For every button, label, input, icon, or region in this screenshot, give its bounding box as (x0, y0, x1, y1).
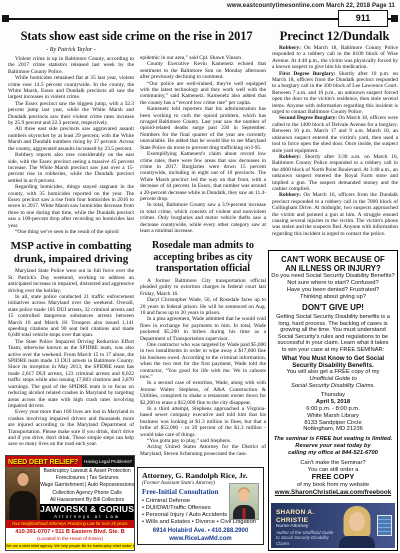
article-paragraph: Violent crime is up in Baltimore County,… (8, 56, 134, 75)
article-paragraph: In a second case of extortion, Wade, alo… (140, 380, 266, 406)
ad-line: Can't make the Seminar? (269, 460, 397, 467)
ad-body-text: Getting Social Security Disability benef… (269, 314, 397, 354)
service-line: Foreclosures | Tax Seizures (40, 475, 134, 482)
firm-name-bar: JAWORSKI & GORIUS Attorneys at Law (40, 504, 134, 520)
photo-face (349, 512, 365, 531)
ad-body: Bankruptcy Lawsuit & Asset Protection Fo… (6, 467, 134, 520)
attorney-credit: to Social Security Disability Claims (276, 535, 337, 546)
article-paragraph: One contractor who was targeted by Wade … (140, 342, 266, 380)
free-copy-offer: FREE COPY (269, 473, 397, 482)
ad-note: The seminar is FREE but seating is limit… (269, 436, 397, 443)
disability-seminar-ad: CAN'T WORK BECAUSE OF AN ILLNESS OR INJU… (268, 250, 398, 551)
article-paragraph: Daryl Christopher Wade, 50, of Rosedale … (140, 297, 266, 316)
book-title: Unofficial Guide to (269, 376, 397, 383)
seminar-date: April 5, 2018 (269, 399, 397, 406)
article-paragraph: Kamenetz told reporters that his adminis… (140, 106, 266, 151)
article-paragraph: In a third attempt, Stephens approached … (140, 406, 266, 438)
seminar-venue: White Marsh Library (269, 413, 397, 420)
service-line: Wage Garnishment | Auto Repossessions (40, 482, 134, 489)
ad-header-bar: NEED DEBT RELIEF? Having Legal Problems? (6, 456, 134, 467)
firm-tagline: Your Neighborhood Attorneys Practicing L… (6, 520, 134, 528)
ad-website-link: www.RiceLawMd.com (142, 536, 259, 544)
column-middle: epidemic in our area,” said Cpl. Shawn V… (140, 55, 266, 464)
attorney-banner: SHARON A. CHRISTIE Nurse-Attorney Author… (271, 503, 395, 548)
page-header-dateline: www.eastcountytimesonline.com March 22, … (227, 3, 395, 9)
article-paragraph: “Our police are well-trained, they're we… (140, 81, 266, 107)
rule-endcap-left (2, 15, 9, 22)
crime-article-headline: Stats show east side crime on the rise i… (8, 29, 265, 43)
ad-question: Not sure where to start? Confused? (269, 280, 397, 287)
seminar-day: Thursday (269, 392, 397, 399)
byline: - By Patrick Taylor - (8, 46, 134, 54)
seminar-address: 8133 Sandpiper Circle (269, 420, 397, 427)
ad-headline: AN ILLNESS OR INJURY? (269, 264, 397, 273)
rosedale-article-headline: Rosedale man admits to accepting bribes … (140, 240, 266, 275)
photo-face (239, 489, 250, 502)
service-line: Bankruptcy Lawsuit & Asset Protection (40, 468, 134, 475)
photo-face (18, 473, 29, 486)
column-left: - By Patrick Taylor - Violent crime is u… (8, 46, 134, 453)
firm-name: JAWORSKI & GORIUS (40, 504, 134, 514)
police-blotter-item: First Degree Burglary: Shortly after 10 … (272, 71, 398, 116)
ad-line: of my book from my website (269, 482, 397, 489)
photo-body (339, 536, 375, 548)
column-right: Robbery: On March 18, Baltimore County P… (272, 45, 398, 248)
attorney-photo (337, 503, 377, 548)
attorney-photo (6, 467, 40, 520)
attorney-photo (229, 483, 259, 520)
police-blotter-item: Robbery: Shortly after 3:30 a.m. on Marc… (272, 154, 398, 192)
seminar-title: What You Must Know to Get Social Securit… (269, 355, 397, 369)
article-paragraph: A former Baltimore City transportation o… (140, 278, 266, 297)
service-line: Collection Agency Phone Calls (40, 490, 134, 497)
ad-phone: calling my office at 844-521-6700 (269, 450, 397, 457)
ad-question: Do you need Social Security Disability B… (269, 273, 397, 280)
firm-subtitle: Attorneys at Law (40, 514, 134, 519)
article-paragraph: The Essex precinct saw the biggest jump,… (8, 101, 134, 127)
ad-note: Reserve your seat today by (269, 443, 397, 450)
article-paragraph: Robbery reports also rose considerably o… (8, 152, 134, 184)
ad-headline: CAN'T WORK BECAUSE OF (269, 255, 397, 264)
book-title: Social Security Disability Claims. (269, 383, 397, 390)
service-line: All Harassment By Bill Collectors (40, 497, 134, 504)
police-blotter-item: Second Degree Burglary: On March 18, off… (272, 115, 398, 153)
photo-body (10, 491, 37, 520)
attorney-name: SHARON A. CHRISTIE (276, 509, 337, 524)
attorney-name: Attorney, G. Randolph Rice, Jr. (142, 471, 259, 480)
rule-endcap-right (391, 15, 398, 22)
article-paragraph: Regarding homicides, things stayed stagn… (8, 184, 134, 229)
firm-phone-address: 410-391-0707 • 511 B Eastern Blvd. Ste. … (6, 528, 134, 537)
article-paragraph: While homicides remained flat at 35 last… (8, 75, 134, 101)
seminar-address: Nottingham, MD 21236 (269, 426, 397, 433)
book-cover-image (377, 515, 392, 536)
ad-services: Bankruptcy Lawsuit & Asset Protection Fo… (40, 467, 134, 520)
police-blotter-item: Robbery: On March 18, Baltimore County P… (272, 45, 398, 71)
article-paragraph: In a plea agreement, Wade admitted that … (140, 316, 266, 342)
article-paragraph: “One thing we've seen is the result of t… (8, 229, 134, 235)
article-paragraph: All three east side precincts saw aggrav… (8, 126, 134, 152)
article-paragraph: Maryland State Police were out in full f… (8, 268, 134, 294)
attorney-rice-ad: Attorney, G. Randolph Rice, Jr. (Former … (137, 467, 264, 545)
article-paragraph: In all, state police conducted 21 traffi… (8, 294, 134, 339)
newspaper-page: www.eastcountytimesonline.com March 22, … (0, 0, 400, 553)
practice-area: • Wills and Estates • Divorce • Civil Li… (142, 519, 259, 526)
msp-article-headline: MSP active in combatting drunk, impaired… (8, 240, 134, 265)
precinct-article-headline: Precinct 12/Dundalk (271, 29, 398, 43)
ad-question: Thinking about giving up? (269, 294, 397, 301)
ad-website-link: www.SharonChristieLaw.com/freebook (269, 489, 397, 497)
debt-relief-ad: NEED DEBT RELIEF? Having Legal Problems?… (5, 455, 135, 551)
article-paragraph: In total, Baltimore County saw a 3.9-per… (140, 202, 266, 234)
attorney-banner-text: SHARON A. CHRISTIE Nurse-Attorney Author… (271, 503, 337, 548)
ad-subheadline: Having Legal Problems? (82, 456, 134, 467)
ad-headline: NEED DEBT RELIEF? (6, 456, 82, 467)
ad-line: You will also get a FREE copy of my (269, 369, 397, 376)
article-paragraph: Acting United States Attorney for the Di… (140, 444, 266, 457)
article-paragraph: Exemplifying Kamenetz's claim about reco… (140, 151, 266, 202)
seminar-time: 6:00 p.m. - 8:00 p.m. (269, 406, 397, 413)
ad-disclaimer: We are a debt relief agency. We help peo… (6, 543, 134, 549)
article-paragraph: The State Police Impaired Driving Reduct… (8, 339, 134, 409)
ad-question: Have you been denied? Frustrated? (269, 287, 397, 294)
article-paragraph: Every year more than 160 lives are lost … (8, 409, 134, 447)
firm-phone-address: 6914 Holabird Ave. • 410.288.2900 (142, 528, 259, 536)
police-blotter-item: Robbery: On March 16, officers from the … (272, 192, 398, 237)
photo-tie (243, 508, 246, 519)
ad-slogan: DON'T GIVE UP! (269, 303, 397, 313)
section-911-badge: 911 (338, 10, 388, 27)
article-paragraph: County Executive Kevin Kamenetz echoed t… (140, 61, 266, 80)
